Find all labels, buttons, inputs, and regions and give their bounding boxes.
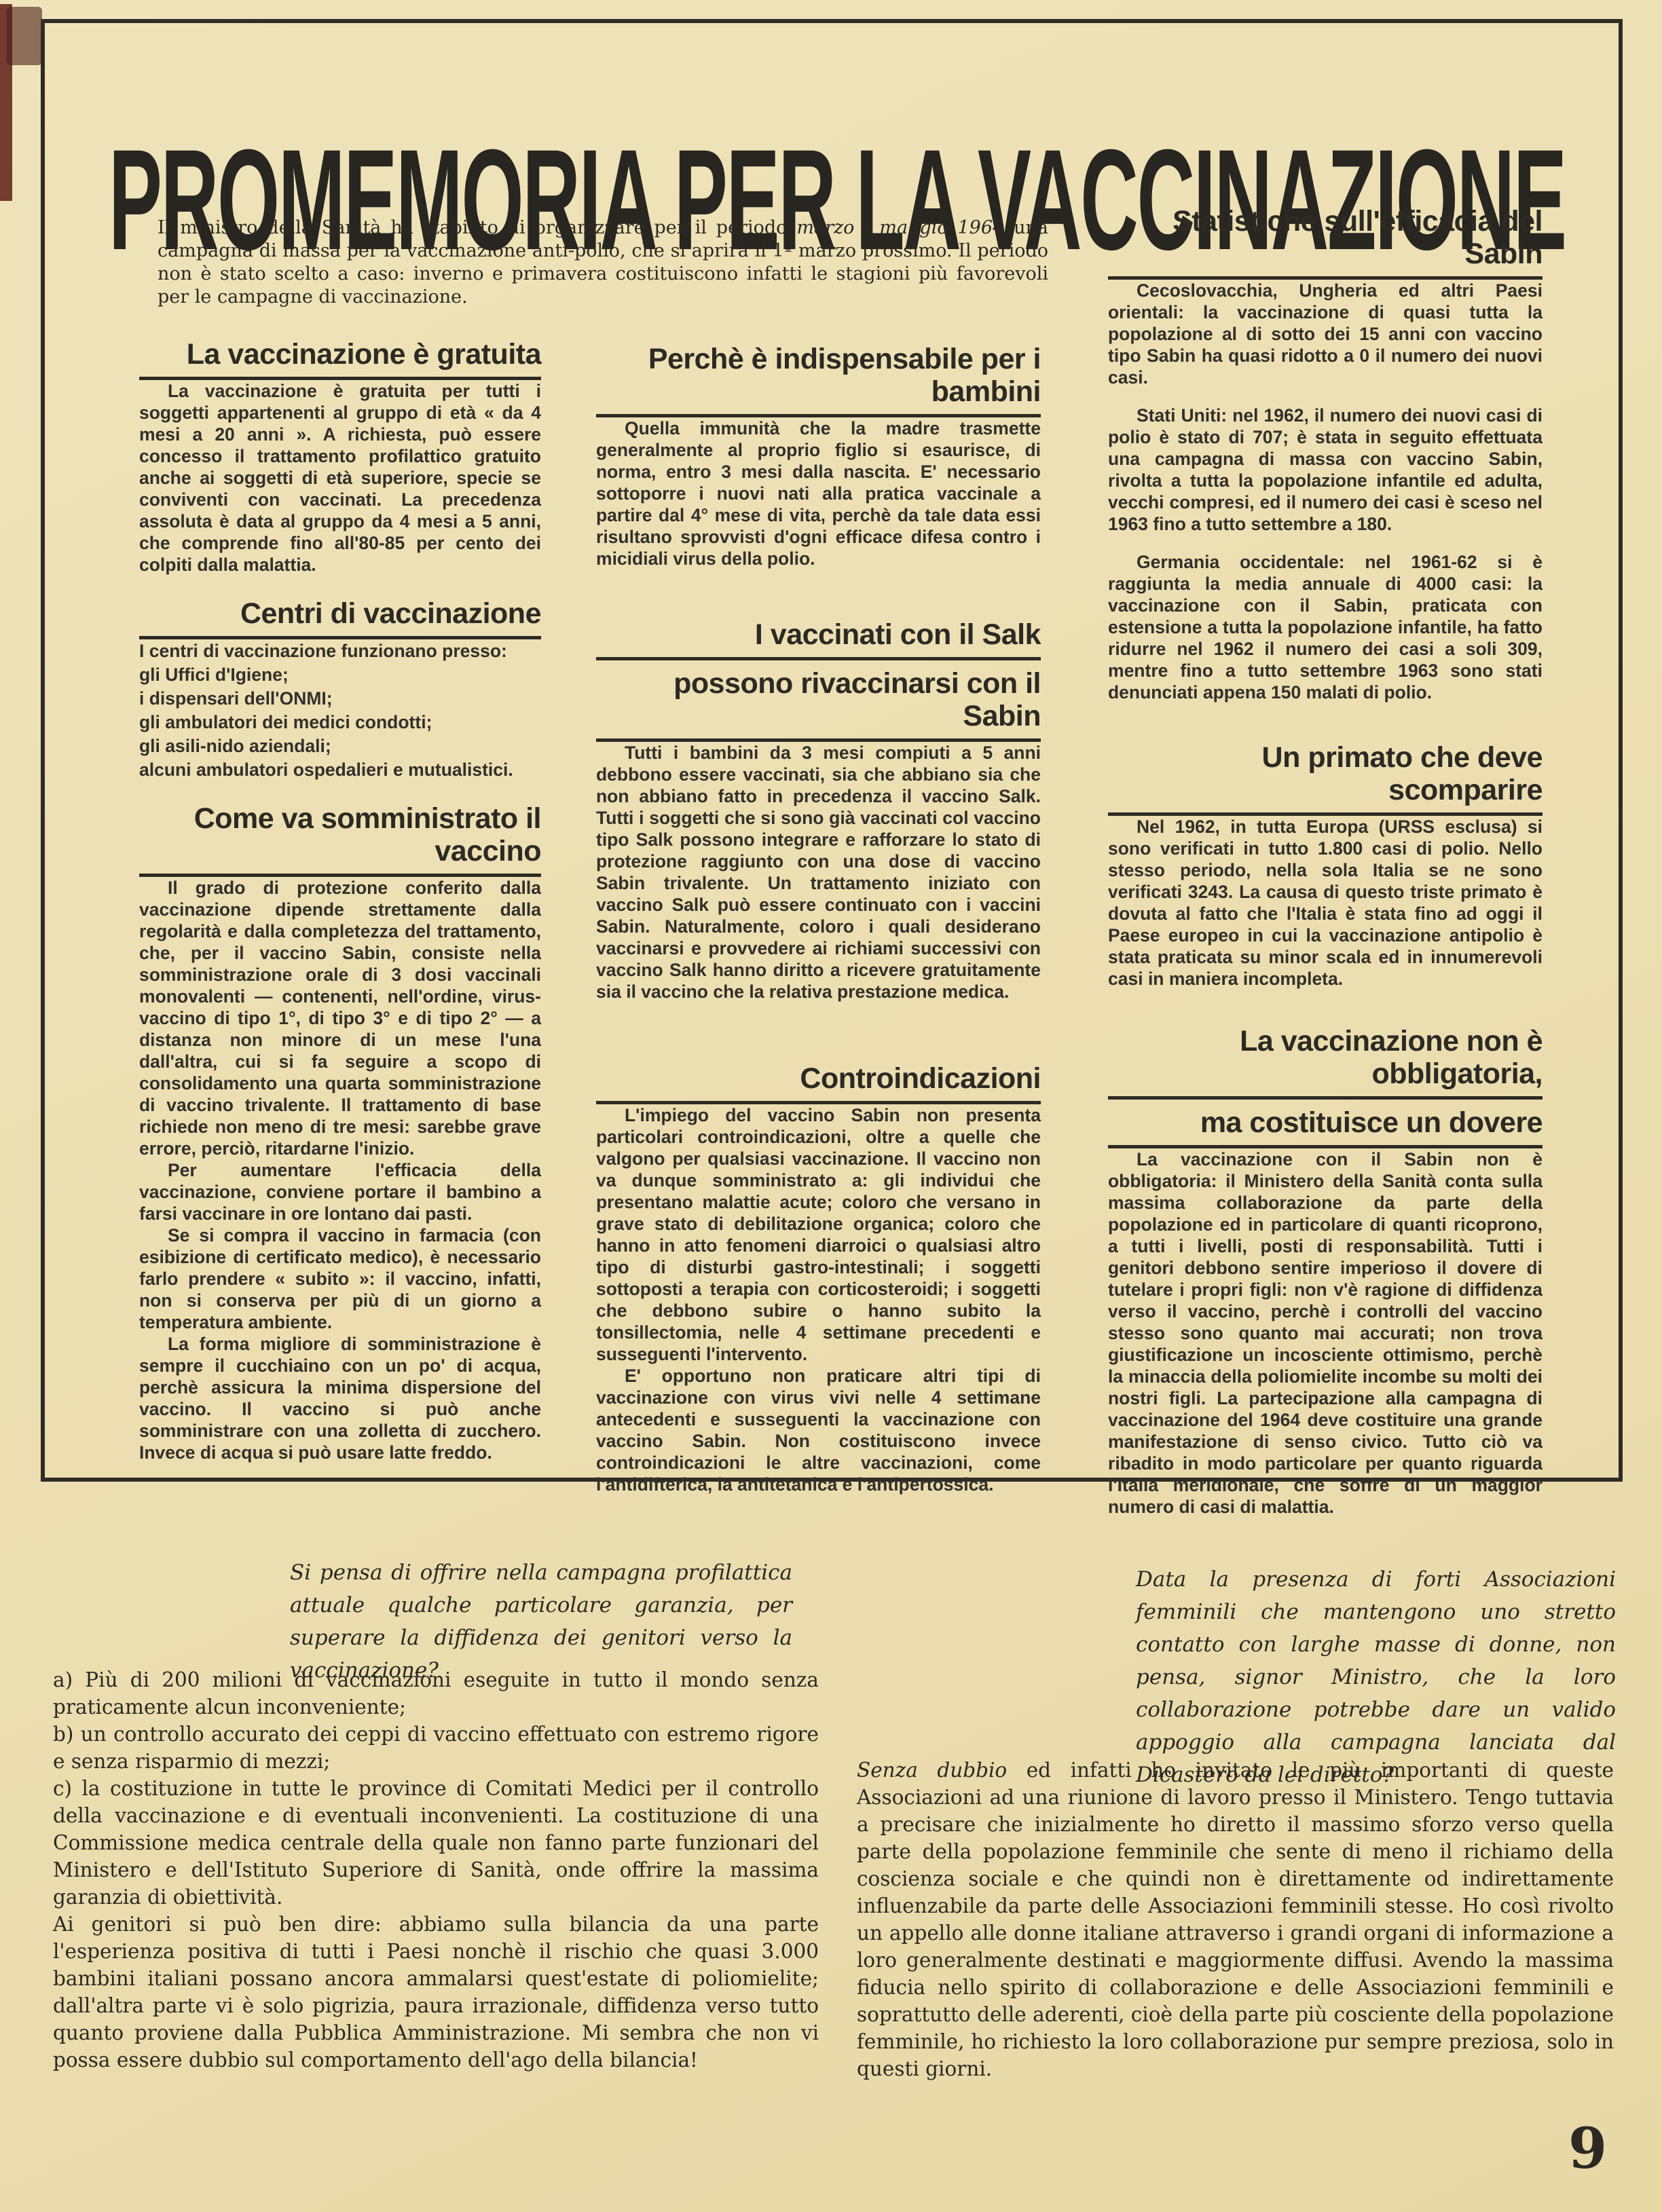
- paragraph: La vaccinazione con il Sabin non è obbli…: [1108, 1148, 1543, 1518]
- paragraph: Stati Uniti: nel 1962, il numero dei nuo…: [1108, 405, 1543, 535]
- paragraph: Il grado di protezione conferito dalla v…: [139, 877, 541, 1159]
- section-centri-di-vaccinazione: Centri di vaccinazione I centri di vacci…: [139, 597, 541, 782]
- intro-period-italic: marzo - maggio 1964: [796, 217, 1004, 238]
- intro-paragraph: Il ministro della Sanità ha stabilito di…: [158, 217, 1048, 309]
- interview-answer-left: a) Più di 200 milioni di vaccinazioni es…: [53, 1666, 819, 2074]
- answer-closing: Ai genitori si può ben dire: abbiamo sul…: [53, 1911, 819, 2074]
- section-come-va-somministrato: Come va somministrato il vaccino Il grad…: [139, 802, 541, 1463]
- answer-right-lead: Senza dubbio: [857, 1759, 1007, 1782]
- section-primato-scomparire: Un primato che deve scomparire Nel 1962,…: [1108, 741, 1543, 990]
- section-non-obbligatoria: La vaccinazione non è obbligatoria, ma c…: [1108, 1025, 1543, 1518]
- section-heading: Un primato che deve scomparire: [1108, 741, 1543, 806]
- answer-item-c: c) la costituzione in tutte le province …: [53, 1775, 819, 1911]
- answer-item-a: a) Più di 200 milioni di vaccinazioni es…: [53, 1666, 819, 1721]
- section-salk-sabin: I vaccinati con il Salk possono rivaccin…: [596, 618, 1041, 1002]
- paragraph: Per aumentare l'efficacia della vaccinaz…: [139, 1159, 541, 1224]
- memo-column-left: La vaccinazione è gratuita La vaccinazio…: [139, 338, 541, 1463]
- paragraph: Tutti i bambini da 3 mesi compiuti a 5 a…: [596, 742, 1041, 1002]
- heading-rule: [1108, 1096, 1543, 1100]
- section-vaccinazione-gratuita: La vaccinazione è gratuita La vaccinazio…: [139, 338, 541, 576]
- section-heading-line2: ma costituisce un dovere: [1108, 1106, 1543, 1139]
- section-heading-line2: possono rivaccinarsi con il Sabin: [596, 667, 1041, 732]
- memo-column-middle: Perchè è indispensabile per i bambini Qu…: [596, 343, 1041, 1495]
- list-line: I centri di vaccinazione funzionano pres…: [139, 639, 541, 663]
- paragraph: Nel 1962, in tutta Europa (URSS esclusa)…: [1108, 816, 1543, 990]
- list-line: alcuni ambulatori ospedalieri e mutualis…: [139, 758, 541, 782]
- heading-rule: [596, 657, 1041, 660]
- paragraph: Quella immunità che la madre trasmette g…: [596, 417, 1041, 569]
- scan-corner-mark: [7, 7, 42, 65]
- section-heading: La vaccinazione è gratuita: [139, 338, 541, 371]
- section-indispensabile-bambini: Perchè è indispensabile per i bambini Qu…: [596, 343, 1041, 569]
- paragraph: L'impiego del vaccino Sabin non presenta…: [596, 1104, 1041, 1365]
- list-line: gli Uffici d'Igiene;: [139, 663, 541, 687]
- section-heading: Perchè è indispensabile per i bambini: [596, 343, 1041, 408]
- paragraph: Germania occidentale: nel 1961-62 si è r…: [1108, 551, 1543, 703]
- memo-column-right: Statistiche sull'efficacia del Sabin Cec…: [1108, 205, 1543, 1518]
- magazine-page: { "page": { "number": "9" }, "title": "P…: [0, 0, 1662, 2212]
- list-line: gli asili-nido aziendali;: [139, 734, 541, 758]
- interview-answer-right: Senza dubbio ed infatti ho invitato le p…: [857, 1757, 1614, 2082]
- paragraph: Se si compra il vaccino in farmacia (con…: [139, 1224, 541, 1333]
- paragraph: La vaccinazione è gratuita per tutti i s…: [139, 380, 541, 576]
- section-heading-line1: La vaccinazione non è obbligatoria,: [1108, 1025, 1543, 1090]
- list-line: gli ambulatori dei medici condotti;: [139, 711, 541, 734]
- answer-right-rest: ed infatti ho invitato le più importanti…: [857, 1759, 1614, 2080]
- paragraph: E' opportuno non praticare altri tipi di…: [596, 1365, 1041, 1495]
- answer-right-paragraph: Senza dubbio ed infatti ho invitato le p…: [857, 1757, 1614, 2082]
- section-heading: Statistiche sull'efficacia del Sabin: [1108, 205, 1543, 270]
- page-number: 9: [1568, 2116, 1607, 2181]
- answer-item-b: b) un controllo accurato dei ceppi di va…: [53, 1721, 819, 1775]
- section-statistiche-sabin: Statistiche sull'efficacia del Sabin Cec…: [1108, 205, 1543, 703]
- list-line: i dispensari dell'ONMI;: [139, 687, 541, 711]
- section-heading: Come va somministrato il vaccino: [139, 802, 541, 867]
- paragraph: La forma migliore di somministrazione è …: [139, 1333, 541, 1463]
- paragraph: Cecoslovacchia, Ungheria ed altri Paesi …: [1108, 280, 1543, 388]
- section-heading: Controindicazioni: [596, 1062, 1041, 1095]
- section-heading: Centri di vaccinazione: [139, 597, 541, 630]
- section-controindicazioni: Controindicazioni L'impiego del vaccino …: [596, 1062, 1041, 1495]
- section-heading-line1: I vaccinati con il Salk: [596, 618, 1041, 651]
- intro-pre: Il ministro della Sanità ha stabilito di…: [158, 217, 796, 238]
